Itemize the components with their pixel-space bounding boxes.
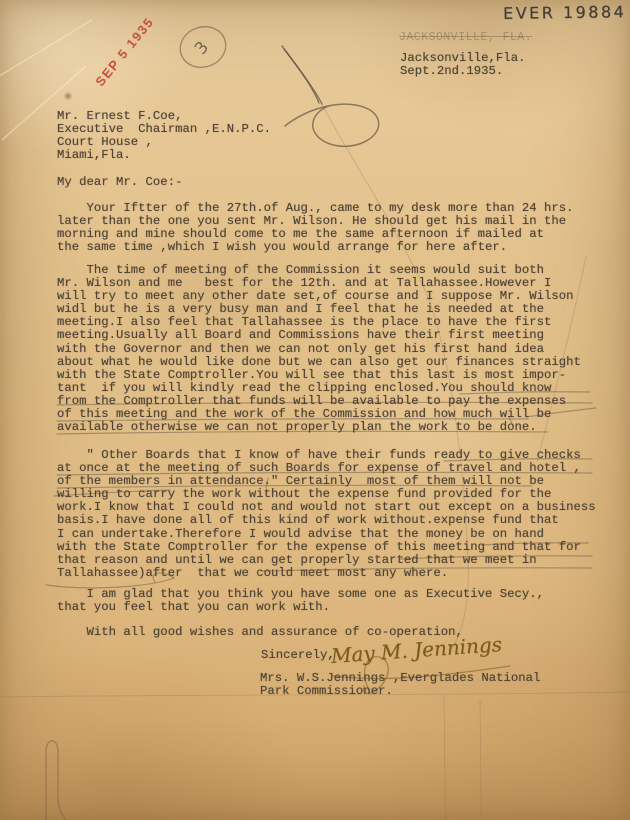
letter-page: 3 SEP xyxy=(0,0,630,820)
hairpin-mark xyxy=(46,741,67,820)
paragraph-5: With all good wishes and assurance of co… xyxy=(57,626,463,639)
circled-number: 3 xyxy=(191,38,213,59)
recipient-address: Mr. Ernest F.Coe, Executive Chairman ,E.… xyxy=(57,110,271,162)
faded-letterhead: JACKSONVILLE, FLA. xyxy=(399,31,532,44)
paragraph-1: Your Iftter of the 27th.of Aug., came to… xyxy=(57,202,574,254)
paragraph-4: I am glad that you think you have some o… xyxy=(57,588,544,614)
page-annotation-circle: 3 xyxy=(175,21,231,73)
paragraph-2: The time of meeting of the Commission it… xyxy=(57,264,581,434)
pencil-loop-mark xyxy=(282,46,379,146)
valediction: Sincerely, xyxy=(261,649,335,662)
paragraph-3: " Other Boards that I know of have their… xyxy=(57,449,596,580)
received-date-stamp: SEP 5 1935 xyxy=(84,3,167,100)
archive-number: EVER 19884 xyxy=(503,2,627,23)
dateline: Jacksonville,Fla. Sept.2nd.1935. xyxy=(400,52,525,78)
salutation: My dear Mr. Coe:- xyxy=(57,176,182,189)
signature-block: Mrs. W.S.Jennings ,Everglades National P… xyxy=(260,672,540,698)
